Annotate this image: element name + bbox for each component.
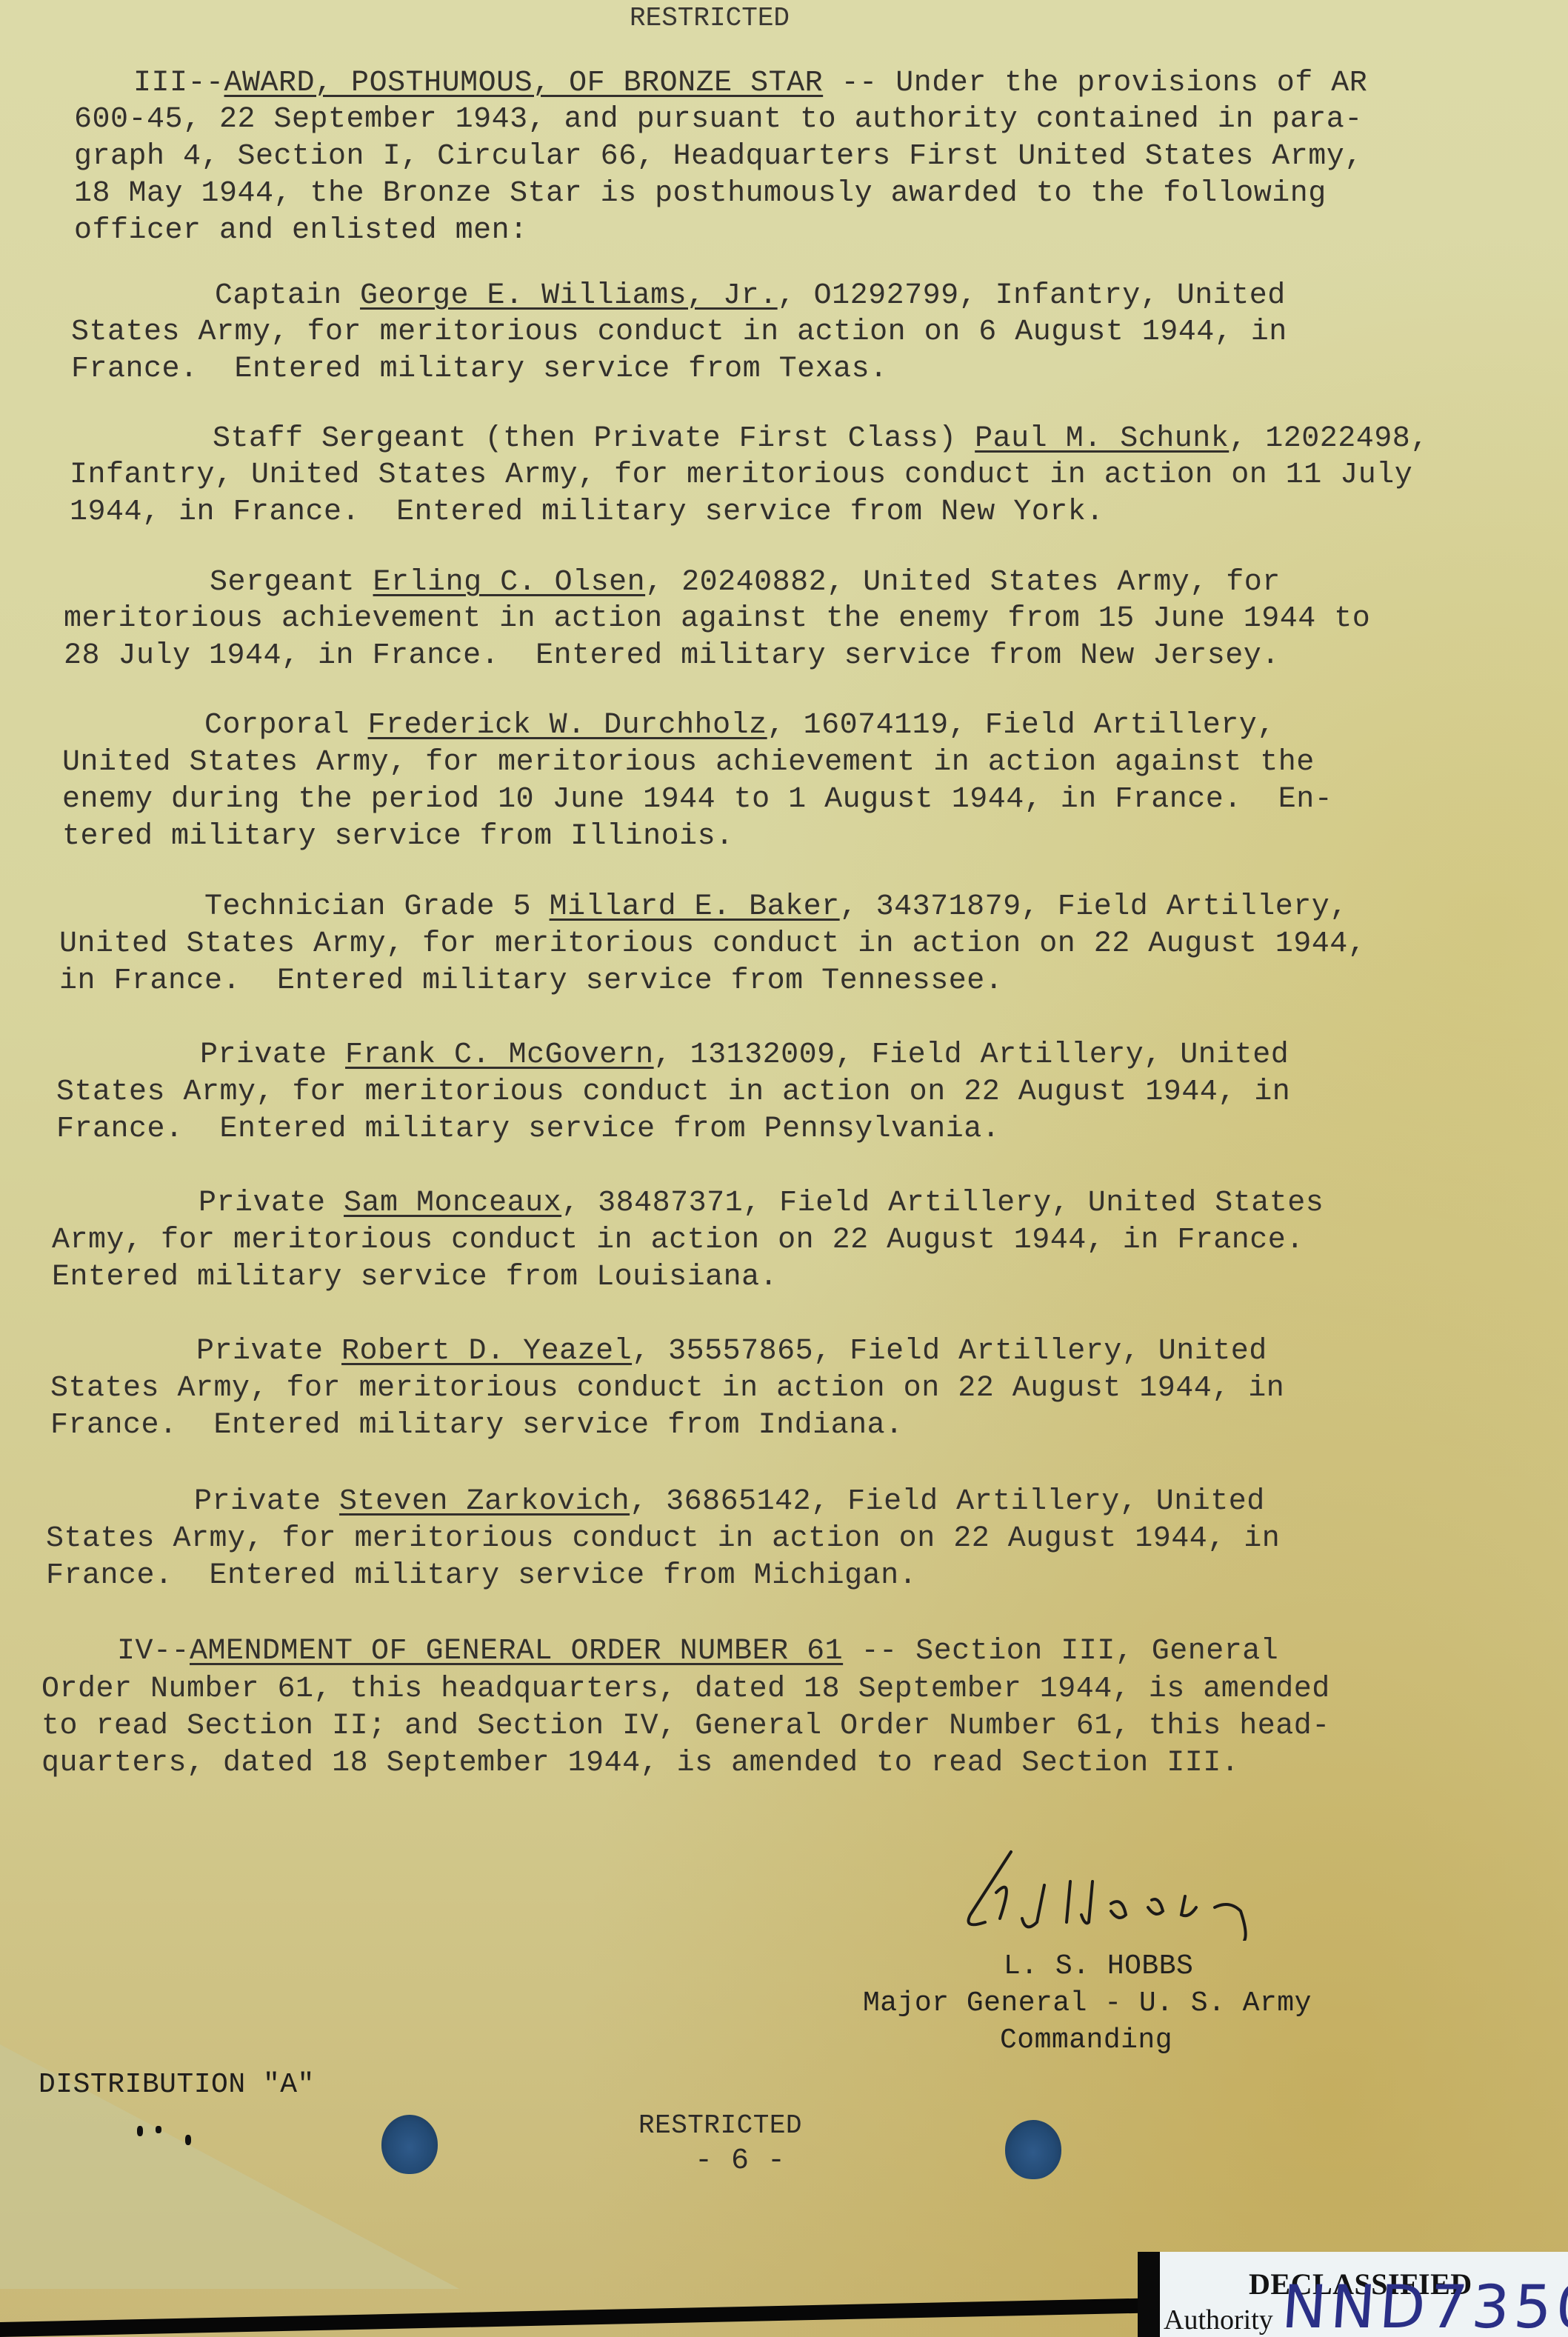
award-line: France. Entered military service from Pe… (56, 1111, 1290, 1148)
award-name: Steven Zarkovich (339, 1485, 630, 1518)
award-rank: Staff Sergeant (then Private First Class… (213, 422, 975, 456)
declassified-stamp: DECLASSIFIED Authority NND735017 (1138, 2252, 1568, 2337)
award-line: States Army, for meritorious conduct in … (71, 314, 1287, 351)
award-rank: Private (198, 1187, 344, 1220)
award-line: France. Entered military service from In… (50, 1407, 1284, 1444)
award-entry: Corporal Frederick W. Durchholz, 1607411… (204, 707, 1275, 744)
section-iv-line: quarters, dated 18 September 1944, is am… (41, 1745, 1330, 1782)
signer-name: L. S. HOBBS (1004, 1948, 1193, 1985)
award-entry: Private Sam Monceaux, 38487371, Field Ar… (198, 1185, 1324, 1222)
section-iii-line: 18 May 1944, the Bronze Star is posthumo… (74, 176, 1363, 213)
punch-specks (133, 2126, 222, 2148)
award-body: Infantry, United States Army, for merito… (70, 457, 1412, 531)
binder-hole-right (1005, 2120, 1061, 2179)
award-line: States Army, for meritorious conduct in … (56, 1074, 1290, 1111)
award-name: Paul M. Schunk (975, 422, 1229, 456)
award-line: in France. Entered military service from… (59, 963, 1366, 1000)
award-rank: Captain (215, 279, 360, 313)
award-name: Robert D. Yeazel (341, 1335, 632, 1368)
award-line: Entered military service from Louisiana. (52, 1259, 1304, 1296)
award-body: meritorious achievement in action agains… (64, 601, 1370, 675)
award-body: States Army, for meritorious conduct in … (56, 1074, 1290, 1148)
page-number: - 6 - (695, 2143, 786, 2180)
section-iii-title: AWARD, POSTHUMOUS, OF BRONZE STAR (224, 67, 824, 100)
award-text: , O1292799, Infantry, United (778, 279, 1286, 313)
header-classification: RESTRICTED (630, 0, 790, 37)
section-iii-body: 600-45, 22 September 1943, and pursuant … (74, 101, 1363, 250)
award-line: Infantry, United States Army, for merito… (70, 457, 1412, 494)
section-iv-numeral: IV-- (117, 1635, 190, 1668)
distribution-label: DISTRIBUTION "A" (39, 2067, 315, 2104)
award-name: Erling C. Olsen (373, 566, 646, 599)
award-line: States Army, for meritorious conduct in … (46, 1521, 1280, 1558)
signer-role: Commanding (1000, 2022, 1172, 2059)
award-body: States Army, for meritorious conduct in … (71, 314, 1287, 388)
award-name: Frederick W. Durchholz (368, 709, 767, 742)
section-iv-body: Order Number 61, this headquarters, date… (41, 1671, 1330, 1782)
award-text: , 13132009, Field Artillery, United (654, 1039, 1290, 1072)
handwritten-signature (911, 1830, 1355, 1941)
award-name: Millard E. Baker (550, 890, 840, 924)
section-iii-line: graph 4, Section I, Circular 66, Headqua… (74, 139, 1363, 176)
award-entry: Private Frank C. McGovern, 13132009, Fie… (200, 1037, 1289, 1074)
award-text: , 16074119, Field Artillery, (767, 709, 1275, 742)
award-line: United States Army, for meritorious achi… (62, 744, 1332, 781)
award-text: , 35557865, Field Artillery, United (632, 1335, 1267, 1368)
award-rank: Technician Grade 5 (204, 890, 550, 924)
award-line: States Army, for meritorious conduct in … (50, 1370, 1284, 1407)
signature-scribble-icon (911, 1830, 1355, 1941)
authority-label: Authority (1164, 2304, 1273, 2336)
award-line: United States Army, for meritorious cond… (59, 926, 1366, 963)
authority-value: NND735017 (1280, 2273, 1568, 2337)
award-rank: Private (196, 1335, 341, 1368)
section-iii-numeral: III-- (133, 67, 224, 100)
award-entry: Captain George E. Williams, Jr., O129279… (215, 278, 1286, 315)
award-entry: Sergeant Erling C. Olsen, 20240882, Unit… (210, 564, 1281, 601)
section-iv-title: AMENDMENT OF GENERAL ORDER NUMBER 61 (190, 1635, 843, 1668)
award-entry: Private Robert D. Yeazel, 35557865, Fiel… (196, 1333, 1267, 1370)
award-line: 28 July 1944, in France. Entered militar… (64, 638, 1370, 675)
award-entry: Staff Sergeant (then Private First Class… (213, 421, 1429, 458)
section-iii-line: -- Under the provisions of AR (823, 67, 1367, 100)
section-iv-first-line: IV--AMENDMENT OF GENERAL ORDER NUMBER 61… (117, 1633, 1278, 1670)
award-body: States Army, for meritorious conduct in … (46, 1521, 1280, 1595)
award-text: , 38487371, Field Artillery, United Stat… (561, 1187, 1324, 1220)
award-body: United States Army, for meritorious cond… (59, 926, 1366, 1000)
section-iii-line: officer and enlisted men: (74, 213, 1363, 250)
document-page: RESTRICTED III--AWARD, POSTHUMOUS, OF BR… (0, 0, 1568, 2337)
section-iii-first-line: III--AWARD, POSTHUMOUS, OF BRONZE STAR -… (133, 65, 1367, 102)
scan-background-edge (0, 2298, 1144, 2337)
award-line: meritorious achievement in action agains… (64, 601, 1370, 638)
award-name: George E. Williams, Jr. (360, 279, 778, 313)
award-body: States Army, for meritorious conduct in … (50, 1370, 1284, 1444)
award-body: United States Army, for meritorious achi… (62, 744, 1332, 856)
award-line: enemy during the period 10 June 1944 to … (62, 781, 1332, 819)
award-line: 1944, in France. Entered military servic… (70, 494, 1412, 531)
award-entry: Private Steven Zarkovich, 36865142, Fiel… (194, 1484, 1265, 1521)
section-iv-line: to read Section II; and Section IV, Gene… (41, 1708, 1330, 1745)
award-line: Army, for meritorious conduct in action … (52, 1222, 1304, 1259)
award-text: , 12022498, (1229, 422, 1429, 456)
award-text: , 36865142, Field Artillery, United (630, 1485, 1265, 1518)
footer-classification: RESTRICTED (638, 2107, 802, 2144)
award-line: France. Entered military service from Mi… (46, 1558, 1280, 1595)
award-name: Frank C. McGovern (345, 1039, 654, 1072)
award-rank: Corporal (204, 709, 368, 742)
award-rank: Private (200, 1039, 345, 1072)
section-iv-line: Order Number 61, this headquarters, date… (41, 1671, 1330, 1708)
award-name: Sam Monceaux (344, 1187, 561, 1220)
award-line: tered military service from Illinois. (62, 819, 1332, 856)
award-entry: Technician Grade 5 Millard E. Baker, 343… (204, 889, 1348, 926)
award-text: , 34371879, Field Artillery, (840, 890, 1348, 924)
award-rank: Private (194, 1485, 339, 1518)
award-line: France. Entered military service from Te… (71, 351, 1287, 388)
section-iv-line: -- Section III, General (843, 1635, 1278, 1668)
award-rank: Sergeant (210, 566, 373, 599)
binder-hole-left (381, 2115, 438, 2174)
signer-title: Major General - U. S. Army (863, 1985, 1312, 2022)
award-text: , 20240882, United States Army, for (645, 566, 1281, 599)
award-body: Army, for meritorious conduct in action … (52, 1222, 1304, 1296)
section-iii-line: 600-45, 22 September 1943, and pursuant … (74, 101, 1363, 139)
